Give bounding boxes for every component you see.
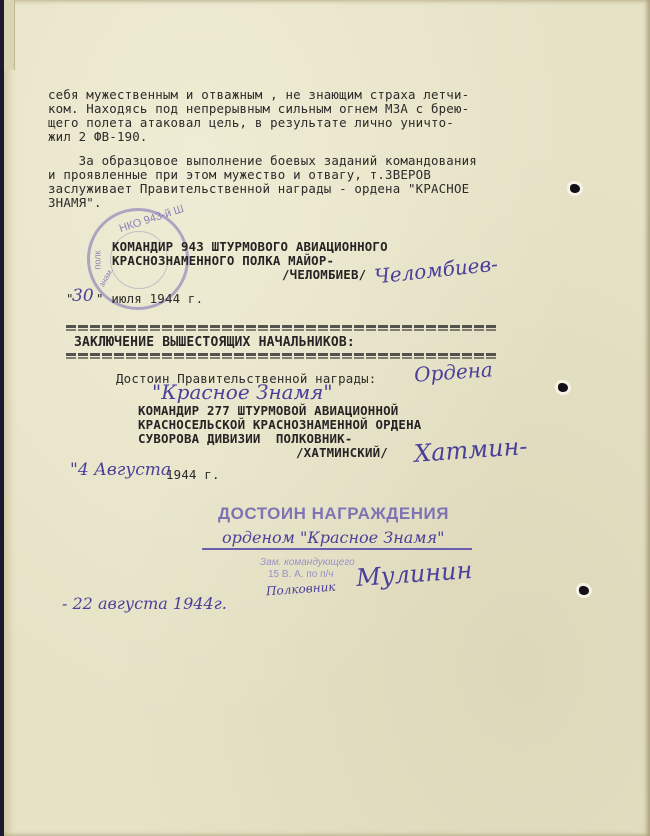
approval-date-handwritten: - 22 августа 1944г. [62, 594, 227, 613]
division-commander-line-2: КРАСНОСЕЛЬСКОЙ КРАСНОЗНАМЕННОЙ ОРДЕНА [138, 418, 421, 432]
conclusion-line-3: заслуживает Правительственной награды - … [48, 182, 469, 196]
division-commander-name: /ХАТМИНСКИЙ/ [296, 446, 388, 460]
citation-line-1: себя мужественным и отважным , не знающи… [48, 88, 469, 102]
worthy-award-handwritten-1: Ордена [413, 357, 493, 386]
divider-top [66, 325, 496, 328]
approval-signature: Мулинин [355, 556, 473, 592]
section-header: ЗАКЛЮЧЕНИЕ ВЫШЕСТОЯЩИХ НАЧАЛЬНИКОВ: [74, 336, 355, 350]
regiment-date-day: 30 [72, 286, 94, 306]
citation-line-3: щего полета атаковал цель, в результате … [48, 116, 454, 130]
divider-bottom [66, 353, 496, 356]
division-commander-line-1: КОМАНДИР 277 ШТУРМОВОЙ АВИАЦИОННОЙ [138, 404, 398, 418]
punch-hole [558, 383, 568, 392]
stamp-side-text: знам. [97, 266, 115, 288]
regiment-date-rest: " июля 1944 г. [96, 292, 203, 306]
approval-title-line-3: Полковник [266, 580, 336, 599]
citation-line-2: ком. Находясь под непрерывным сильным ог… [48, 102, 469, 116]
regiment-commander-line-1: КОМАНДИР 943 ШТУРМОВОГО АВИАЦИОННОГО [112, 240, 388, 254]
division-commander-line-3: СУВОРОВА ДИВИЗИИ ПОЛКОВНИК- [138, 432, 352, 446]
approval-handwritten-award: орденом "Красное Знамя" [222, 528, 444, 547]
division-date-rest: 1944 г. [166, 468, 220, 482]
regiment-commander-line-2: КРАСНОЗНАМЕННОГО ПОЛКА МАЙОР- [112, 254, 334, 268]
punch-hole [570, 184, 580, 193]
punch-hole [579, 586, 589, 595]
division-commander-signature: Хатмин- [413, 432, 528, 468]
approval-stamp-heading: ДОСТОИН НАГРАЖДЕНИЯ [218, 504, 449, 524]
conclusion-line-2: и проявленные при этом мужество и отвагу… [48, 168, 431, 182]
stamp-top-text: НКО 943-й Ш [118, 203, 186, 235]
stamp-left-text: полк [92, 251, 102, 270]
paper-fold-edge [4, 0, 15, 70]
approval-title-line-2: 15 В. А. по п/ч [268, 569, 334, 580]
conclusion-line-4: ЗНАМЯ". [48, 196, 102, 210]
document-page: себя мужественным и отважным , не знающи… [4, 0, 650, 836]
worthy-award-handwritten-2: "Красное Знамя" [152, 380, 333, 404]
conclusion-line-1: За образцовое выполнение боевых заданий … [48, 154, 477, 168]
regiment-commander-signature: Челомбиев- [373, 252, 499, 289]
approval-title-line-1: Зам. командующего [260, 557, 355, 568]
divider-top-shadow [66, 329, 496, 331]
divider-bottom-shadow [66, 357, 496, 359]
division-date-handwritten: "4 Августа [70, 460, 171, 480]
approval-underline [202, 548, 472, 550]
citation-line-4: жил 2 ФВ-190. [48, 130, 148, 144]
regiment-commander-name: /ЧЕЛОМБИЕВ/ [282, 268, 366, 282]
